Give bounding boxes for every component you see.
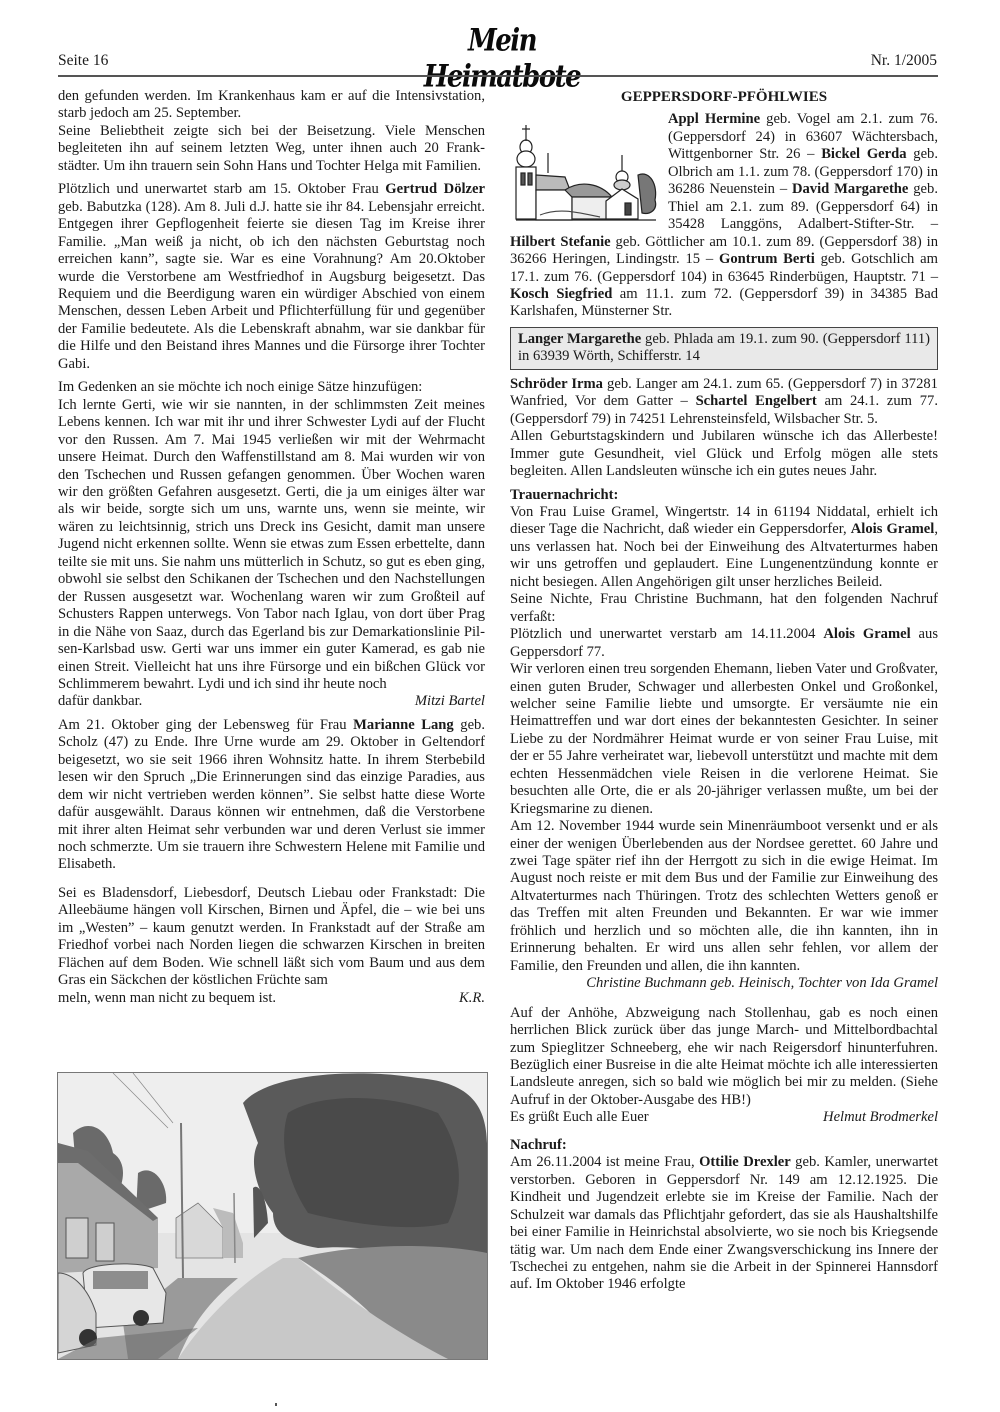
paragraph: Am 12. November 1944 wurde sein Minenräu… (510, 818, 938, 975)
village-street-photo (57, 1072, 488, 1360)
section-title: GEPPERSDORF-PFÖHLWIES (510, 89, 938, 106)
paragraph: den gefunden werden. Im Krankenhaus kam … (58, 88, 485, 123)
person-name: Ottilie Drexler (699, 1154, 791, 1170)
page-number: Seite 16 (58, 52, 108, 70)
birthday-wishes: Allen Geburtstagskindern und Jubilaren w… (510, 428, 938, 480)
paragraph-doelzer: Plötzlich und unerwartet starb am 15. Ok… (58, 181, 485, 373)
print-mark (275, 1403, 277, 1406)
signature-line: meln, wenn man nicht zu bequem ist. K.R. (58, 990, 485, 1007)
paragraph-orchards: Sei es Bladensdorf, Liebesdorf, Deutsch … (58, 885, 485, 990)
author-signature: Mitzi Bartel (415, 693, 485, 710)
paragraph: Seine Beliebtheit zeigte sich bei der Be… (58, 123, 485, 175)
church-illustration (510, 115, 660, 225)
paragraph: Plötzlich und unerwartet verstarb am 14.… (510, 626, 938, 661)
paragraph: Im Gedenken an sie möchte ich noch einig… (58, 379, 485, 396)
issue-number: Nr. 1/2005 (871, 52, 937, 70)
paragraph-lang: Am 21. Oktober ging der Lebensweg für Fr… (58, 717, 485, 874)
signature-line: dafür dankbar. Mitzi Bartel (58, 693, 485, 710)
left-column: den gefunden werden. Im Krankenhaus kam … (58, 88, 485, 1007)
person-name: Marianne Lang (353, 717, 454, 733)
person-name: Gertrud Döl­zer (385, 181, 485, 197)
highlighted-birthday: Langer Margarethe geb. Phlada am 19.1. z… (510, 327, 938, 370)
paragraph-nachruf: Am 26.11.2004 ist meine Frau, Ottilie Dr… (510, 1154, 938, 1294)
signature-line: Es grüßt Euch alle Euer Helmut Brodmerke… (510, 1109, 938, 1126)
birthday-list: Schröder Irma geb. Langer am 24.1. zum 6… (510, 376, 938, 428)
author-signature: K.R. (459, 990, 485, 1007)
masthead-logo: Mein Heimatbote (412, 23, 592, 95)
heading-nachruf: Nachruf: (510, 1137, 938, 1154)
author-signature: Christine Buchmann geb. Heinisch, Tochte… (510, 975, 938, 992)
person-name: Alois Gramel (823, 626, 910, 642)
header-rule (58, 75, 938, 77)
paragraph: Wir verloren einen treu sorgenden Eheman… (510, 661, 938, 818)
paragraph-memories: Ich lernte Gerti, wie wir sie nannten, i… (58, 397, 485, 694)
heading-trauernachricht: Trauernachricht: (510, 487, 938, 504)
right-column: GEPPERSDORF-PFÖHLWIES (510, 88, 938, 1294)
newspaper-page: Seite 16 Mein Heimatbote Nr. 1/2005 den … (0, 0, 1000, 1412)
person-name: Alois Gramel (851, 521, 935, 537)
paragraph-anhoehe: Auf der Anhöhe, Abzweigung nach Stollenh… (510, 1005, 938, 1110)
paragraph: Seine Nichte, Frau Christine Buchmann, h… (510, 591, 938, 626)
author-signature: Helmut Brodmerkel (823, 1109, 938, 1126)
paragraph-trauer: Von Frau Luise Gramel, Wingertstr. 14 in… (510, 504, 938, 591)
